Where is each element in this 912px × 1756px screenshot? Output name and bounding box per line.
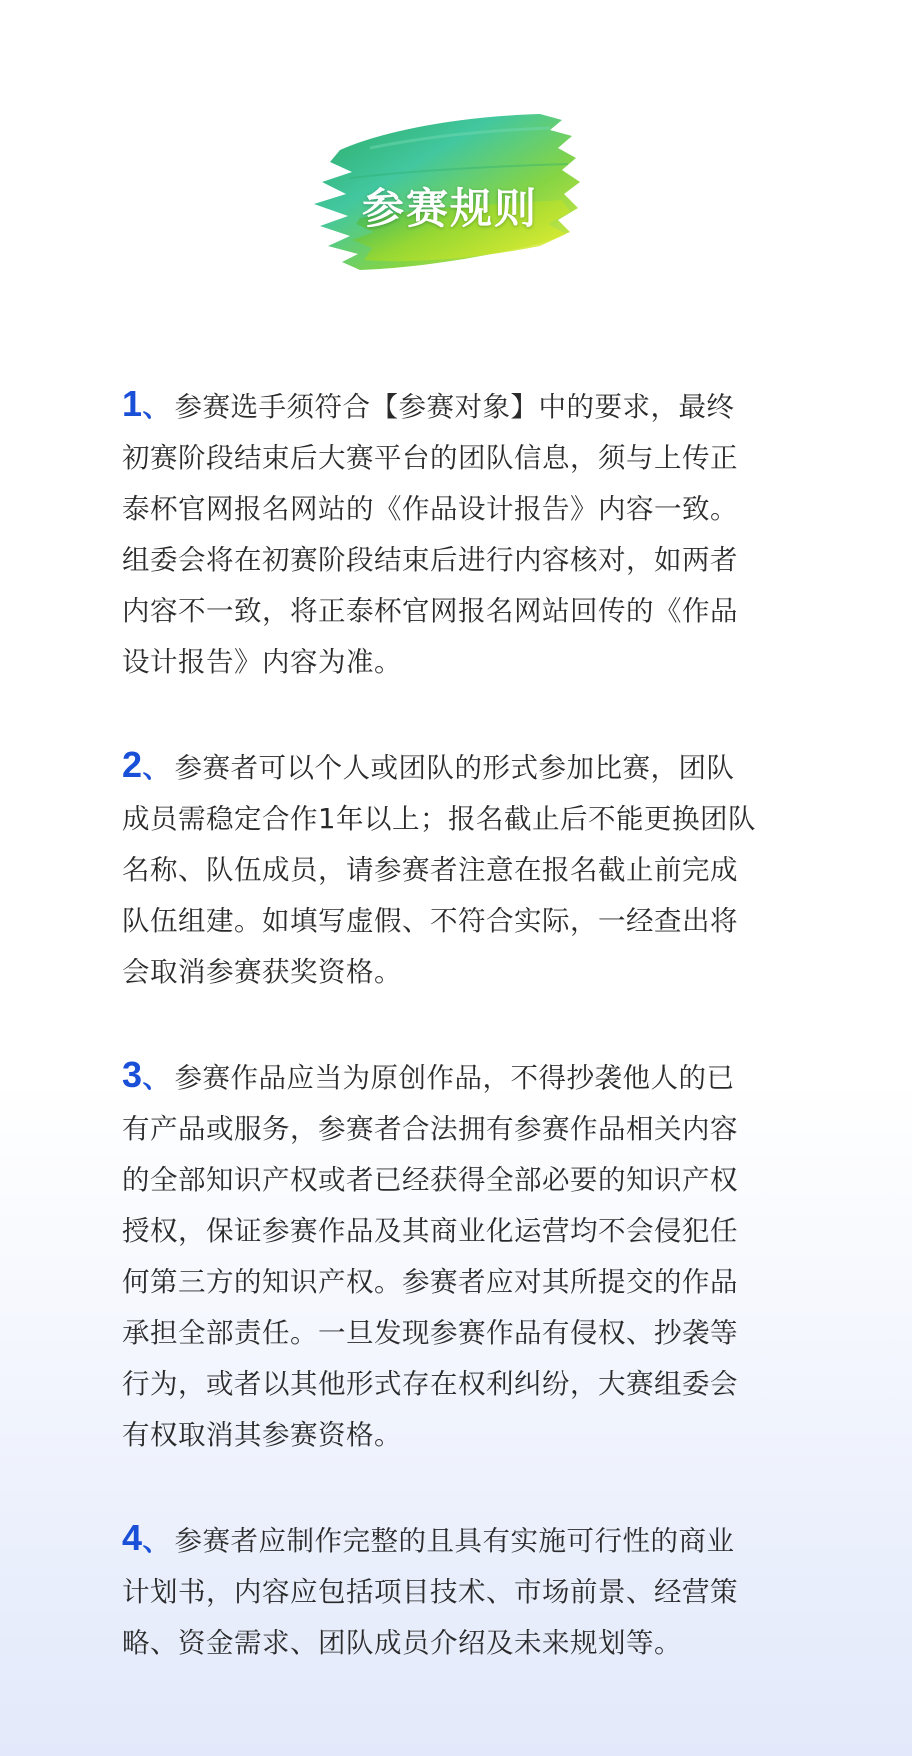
rule-line: 内容不一致，将正泰杯官网报名网站回传的《作品 bbox=[122, 586, 798, 637]
rule-separator: 、 bbox=[143, 1062, 171, 1094]
rule-line: 设计报告》内容为准。 bbox=[122, 637, 798, 688]
rule-text: 参赛作品应当为原创作品，不得抄袭他人的已 bbox=[175, 1062, 735, 1094]
rule-item-4: 4、参赛者应制作完整的且具有实施可行性的商业 计划书，内容应包括项目技术、市场前… bbox=[122, 1512, 798, 1669]
rule-number: 4 bbox=[122, 1517, 143, 1558]
rule-line: 有产品或服务，参赛者合法拥有参赛作品相关内容 bbox=[122, 1104, 798, 1155]
rule-item-2: 2、参赛者可以个人或团队的形式参加比赛，团队 成员需稳定合作1年以上；报名截止后… bbox=[122, 739, 798, 998]
rule-line: 的全部知识产权或者已经获得全部必要的知识产权 bbox=[122, 1155, 798, 1206]
rule-line: 计划书，内容应包括项目技术、市场前景、经营策 bbox=[122, 1567, 798, 1618]
rule-line: 承担全部责任。一旦发现参赛作品有侵权、抄袭等 bbox=[122, 1308, 798, 1359]
rule-line: 组委会将在初赛阶段结束后进行内容核对，如两者 bbox=[122, 535, 798, 586]
rule-line: 4、参赛者应制作完整的且具有实施可行性的商业 bbox=[122, 1512, 798, 1567]
rule-line: 2、参赛者可以个人或团队的形式参加比赛，团队 bbox=[122, 739, 798, 794]
rule-item-3: 3、参赛作品应当为原创作品，不得抄袭他人的已 有产品或服务，参赛者合法拥有参赛作… bbox=[122, 1049, 798, 1461]
rules-list: 1、参赛选手须符合【参赛对象】中的要求，最终 初赛阶段结束后大赛平台的团队信息，… bbox=[122, 378, 798, 1669]
rule-number: 2 bbox=[122, 744, 143, 785]
rule-separator: 、 bbox=[143, 752, 171, 784]
rule-line: 名称、队伍成员，请参赛者注意在报名截止前完成 bbox=[122, 845, 798, 896]
rule-number: 3 bbox=[122, 1054, 143, 1095]
rule-line: 初赛阶段结束后大赛平台的团队信息，须与上传正 bbox=[122, 433, 798, 484]
rule-line: 泰杯官网报名网站的《作品设计报告》内容一致。 bbox=[122, 484, 798, 535]
rule-text: 参赛选手须符合【参赛对象】中的要求，最终 bbox=[175, 391, 735, 423]
rule-line: 成员需稳定合作1年以上；报名截止后不能更换团队 bbox=[122, 794, 798, 845]
rule-separator: 、 bbox=[143, 1525, 171, 1557]
rule-line: 会取消参赛获奖资格。 bbox=[122, 947, 798, 998]
rule-line: 略、资金需求、团队成员介绍及未来规划等。 bbox=[122, 1618, 798, 1669]
rule-line: 授权，保证参赛作品及其商业化运营均不会侵犯任 bbox=[122, 1206, 798, 1257]
rule-separator: 、 bbox=[143, 391, 171, 423]
rule-line: 3、参赛作品应当为原创作品，不得抄袭他人的已 bbox=[122, 1049, 798, 1104]
title-banner: 参赛规则 bbox=[300, 108, 600, 278]
rule-line: 队伍组建。如填写虚假、不符合实际，一经查出将 bbox=[122, 896, 798, 947]
rule-item-1: 1、参赛选手须符合【参赛对象】中的要求，最终 初赛阶段结束后大赛平台的团队信息，… bbox=[122, 378, 798, 688]
rule-text: 参赛者可以个人或团队的形式参加比赛，团队 bbox=[175, 752, 735, 784]
rule-line: 何第三方的知识产权。参赛者应对其所提交的作品 bbox=[122, 1257, 798, 1308]
rule-number: 1 bbox=[122, 383, 143, 424]
rule-line: 行为，或者以其他形式存在权利纠纷，大赛组委会 bbox=[122, 1359, 798, 1410]
rule-line: 1、参赛选手须符合【参赛对象】中的要求，最终 bbox=[122, 378, 798, 433]
page-title: 参赛规则 bbox=[300, 176, 600, 236]
rules-page: 参赛规则 1、参赛选手须符合【参赛对象】中的要求，最终 初赛阶段结束后大赛平台的… bbox=[0, 0, 912, 1756]
rule-line: 有权取消其参赛资格。 bbox=[122, 1410, 798, 1461]
rule-text: 参赛者应制作完整的且具有实施可行性的商业 bbox=[175, 1525, 735, 1557]
